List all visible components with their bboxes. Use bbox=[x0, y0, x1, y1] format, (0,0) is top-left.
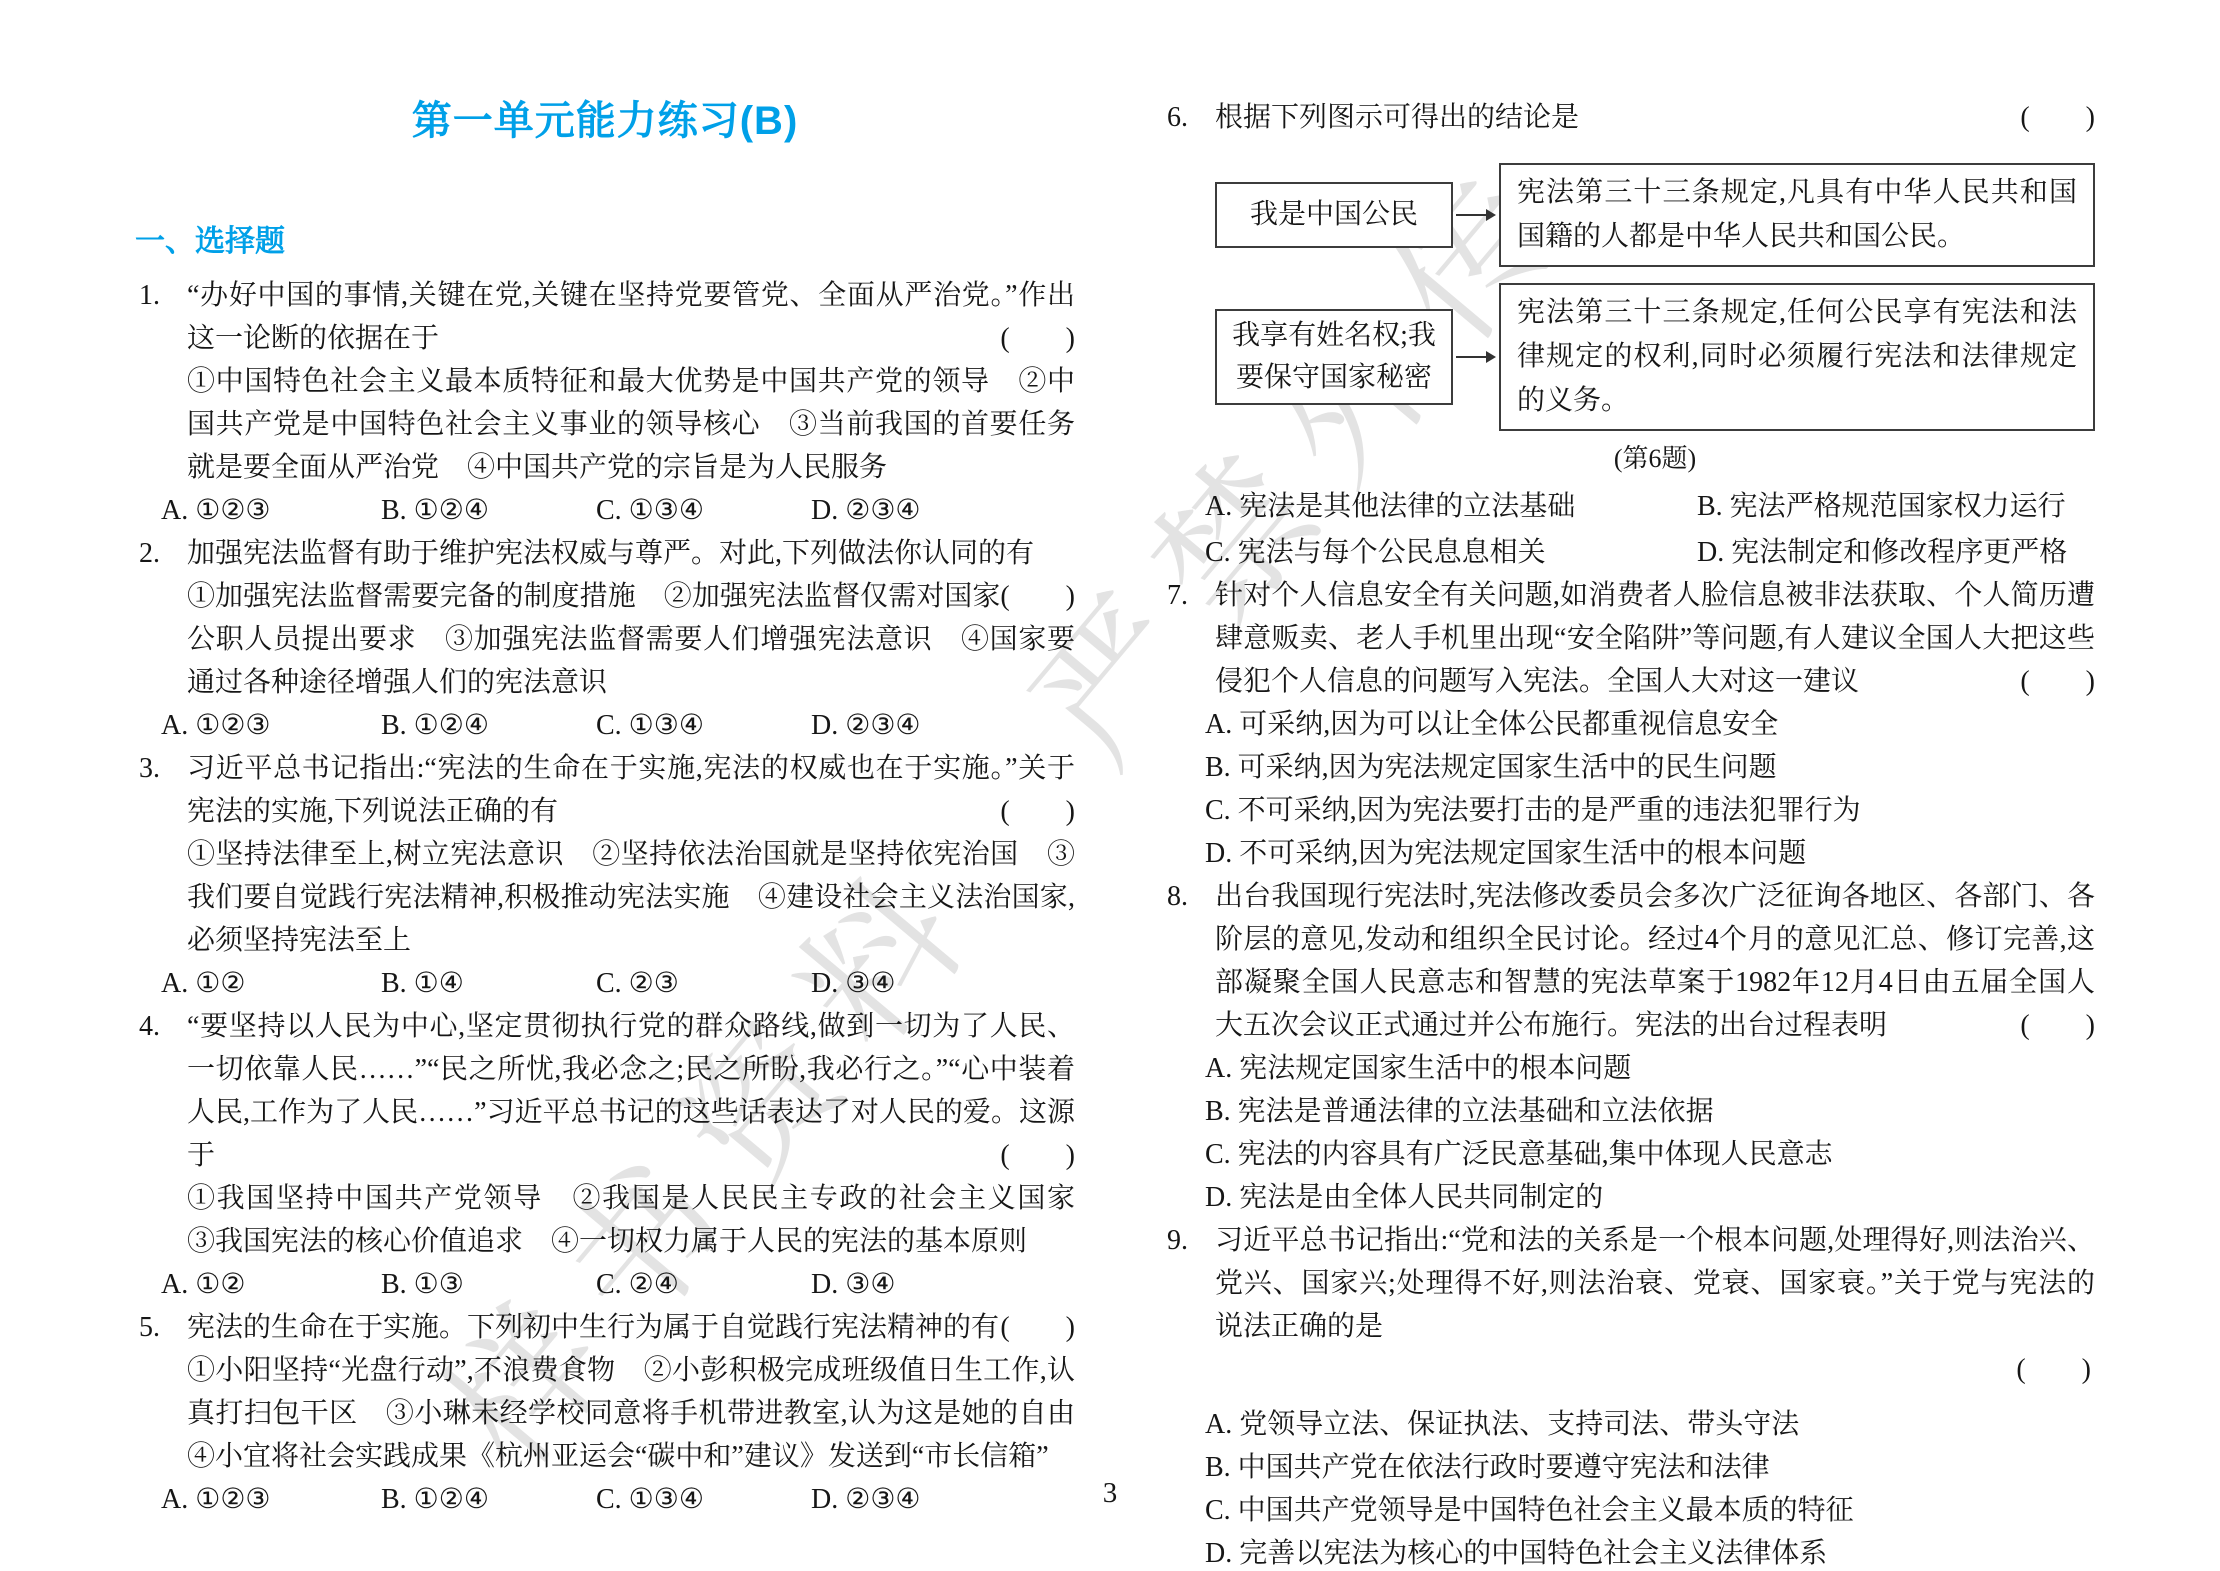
question-number: 3. bbox=[139, 747, 160, 790]
option-a: A. 宪法规定国家生活中的根本问题 bbox=[1205, 1047, 2095, 1090]
stem-text: “要坚持以人民为中心,坚定贯彻执行党的群众路线,做到一切为了人民、一切依靠人民…… bbox=[187, 1011, 1075, 1171]
options-grid: A. 宪法是其他法律的立法基础 B. 宪法严格规范国家权力运行 C. 宪法与每个… bbox=[1205, 485, 2095, 574]
stem-text: 宪法的生命在于实施。下列初中生行为属于自觉践行宪法精神的有 bbox=[187, 1312, 999, 1343]
option-b: B. 可采纳,因为宪法规定国家生活中的民生问题 bbox=[1205, 746, 2095, 789]
question-items: ①我国坚持中国共产党领导 ②我国是人民民主专政的社会主义国家 ③我国宪法的核心价… bbox=[187, 1177, 1075, 1263]
option-d: D. ②③④ bbox=[811, 489, 1075, 532]
question-stem: 宪法的生命在于实施。下列初中生行为属于自觉践行宪法精神的有( ) bbox=[187, 1306, 1075, 1349]
option-d: D. ③④ bbox=[811, 962, 1075, 1005]
option-d: D. ②③④ bbox=[811, 704, 1075, 747]
question-4: 4. “要坚持以人民为中心,坚定贯彻执行党的群众路线,做到一切为了人民、一切依靠… bbox=[135, 1005, 1075, 1306]
right-column: 6. 根据下列图示可得出的结论是( ) 我是中国公民 宪法第三十三条规定,凡具有… bbox=[1163, 0, 2095, 1571]
diagram-box-law-1: 宪法第三十三条规定,凡具有中华人民共和国国籍的人都是中华人民共和国公民。 bbox=[1499, 163, 2095, 267]
question-7: 7. 针对个人信息安全有关问题,如消费者人脸信息被非法获取、个人简历遭肆意贩卖、… bbox=[1163, 574, 2095, 875]
stem-text: 出台我国现行宪法时,宪法修改委员会多次广泛征询各地区、各部门、各阶层的意见,发动… bbox=[1215, 881, 2095, 1041]
answer-blank: ( ) bbox=[1000, 1134, 1075, 1177]
question-9: 9. 习近平总书记指出:“党和法的关系是一个根本问题,处理得好,则法治兴、党兴、… bbox=[1163, 1219, 2095, 1571]
question-number: 5. bbox=[139, 1306, 160, 1349]
option-c: C. 宪法与每个公民息息相关 bbox=[1205, 531, 1697, 574]
option-c: C. 不可采纳,因为宪法要打击的是严重的违法犯罪行为 bbox=[1205, 789, 2095, 832]
arrow-right-icon bbox=[1453, 350, 1499, 364]
option-b: B. ①③ bbox=[381, 1263, 596, 1306]
option-c: C. ①③④ bbox=[596, 704, 811, 747]
answer-blank: ( ) bbox=[2020, 96, 2095, 139]
answer-blank: ( ) bbox=[1000, 1306, 1075, 1349]
diagram-row-2: 我享有姓名权;我要保守国家秘密 宪法第三十三条规定,任何公民享有宪法和法律规定的… bbox=[1215, 283, 2095, 431]
answer-blank: ( ) bbox=[1000, 317, 1075, 360]
options-row: A. ①② B. ①④ C. ②③ D. ③④ bbox=[161, 962, 1075, 1005]
options-row: A. ①② B. ①③ C. ②④ D. ③④ bbox=[161, 1263, 1075, 1306]
arrow-right-icon bbox=[1453, 208, 1499, 222]
options-row: A. ①②③ B. ①②④ C. ①③④ D. ②③④ bbox=[161, 489, 1075, 532]
option-b: B. ①②④ bbox=[381, 489, 596, 532]
options-list: A. 可采纳,因为可以让全体公民都重视信息安全 B. 可采纳,因为宪法规定国家生… bbox=[1215, 703, 2095, 875]
option-a: A. 宪法是其他法律的立法基础 bbox=[1205, 485, 1697, 528]
question-1: 1. “办好中国的事情,关键在党,关键在坚持党要管党、全面从严治党。”作出这一论… bbox=[135, 274, 1075, 532]
option-a: A. ①② bbox=[161, 962, 381, 1005]
page-number: 3 bbox=[0, 1472, 2220, 1515]
answer-blank: ( ) bbox=[1000, 790, 1075, 833]
question-stem: 加强宪法监督有助于维护宪法权威与尊严。对此,下列做法你认同的有( ) bbox=[187, 532, 1075, 575]
question-stem: 出台我国现行宪法时,宪法修改委员会多次广泛征询各地区、各部门、各阶层的意见,发动… bbox=[1215, 875, 2095, 1047]
option-d: D. 不可采纳,因为宪法规定国家生活中的根本问题 bbox=[1205, 832, 2095, 875]
question-number: 4. bbox=[139, 1005, 160, 1048]
options-row: A. ①②③ B. ①②④ C. ①③④ D. ②③④ bbox=[161, 704, 1075, 747]
section-heading: 一、选择题 bbox=[135, 220, 1075, 264]
worksheet-page: 样书资料 严禁外传 第一单元能力练习(B) 一、选择题 1. “办好中国的事情,… bbox=[0, 0, 2220, 1571]
question-8: 8. 出台我国现行宪法时,宪法修改委员会多次广泛征询各地区、各部门、各阶层的意见… bbox=[1163, 875, 2095, 1219]
question-items: ①中国特色社会主义最本质特征和最大优势是中国共产党的领导 ②中国共产党是中国特色… bbox=[187, 360, 1075, 489]
option-a: A. 党领导立法、保证执法、支持司法、带头守法 bbox=[1205, 1403, 2095, 1446]
option-c: C. 宪法的内容具有广泛民意基础,集中体现人民意志 bbox=[1205, 1133, 2095, 1176]
question-items: ①小阳坚持“光盘行动”,不浪费食物 ②小彭积极完成班级值日生工作,认真打扫包干区… bbox=[187, 1349, 1075, 1478]
option-c: C. ①③④ bbox=[596, 489, 811, 532]
option-b: B. 宪法是普通法律的立法基础和立法依据 bbox=[1205, 1090, 2095, 1133]
page-title: 第一单元能力练习(B) bbox=[135, 96, 1075, 146]
option-d: D. 宪法制定和修改程序更严格 bbox=[1697, 531, 2095, 574]
options-list: A. 宪法规定国家生活中的根本问题 B. 宪法是普通法律的立法基础和立法依据 C… bbox=[1215, 1047, 2095, 1219]
question-stem: 针对个人信息安全有关问题,如消费者人脸信息被非法获取、个人简历遭肆意贩卖、老人手… bbox=[1215, 574, 2095, 703]
answer-blank: ( ) bbox=[1000, 575, 1075, 618]
option-c: C. ②④ bbox=[596, 1263, 811, 1306]
diagram-row-1: 我是中国公民 宪法第三十三条规定,凡具有中华人民共和国国籍的人都是中华人民共和国… bbox=[1215, 163, 2095, 267]
option-c: C. ②③ bbox=[596, 962, 811, 1005]
left-column: 第一单元能力练习(B) 一、选择题 1. “办好中国的事情,关键在党,关键在坚持… bbox=[135, 0, 1075, 1521]
option-a: A. 可采纳,因为可以让全体公民都重视信息安全 bbox=[1205, 703, 2095, 746]
question-items: ①坚持法律至上,树立宪法意识 ②坚持依法治国就是坚持依宪治国 ③我们要自觉践行宪… bbox=[187, 833, 1075, 962]
question-3: 3. 习近平总书记指出:“宪法的生命在于实施,宪法的权威也在于实施。”关于宪法的… bbox=[135, 747, 1075, 1005]
answer-blank: ( ) bbox=[2016, 1354, 2091, 1385]
answer-blank: ( ) bbox=[2020, 660, 2095, 703]
option-b: B. ①④ bbox=[381, 962, 596, 1005]
question-stem: 根据下列图示可得出的结论是( ) bbox=[1215, 96, 2095, 139]
question-stem: “要坚持以人民为中心,坚定贯彻执行党的群众路线,做到一切为了人民、一切依靠人民…… bbox=[187, 1005, 1075, 1177]
option-d: D. ③④ bbox=[811, 1263, 1075, 1306]
stem-text: 根据下列图示可得出的结论是 bbox=[1215, 102, 1579, 133]
option-a: A. ①②③ bbox=[161, 489, 381, 532]
question-stem: 习近平总书记指出:“党和法的关系是一个根本问题,处理得好,则法治兴、党兴、国家兴… bbox=[1215, 1219, 2095, 1348]
question-stem: 习近平总书记指出:“宪法的生命在于实施,宪法的权威也在于实施。”关于宪法的实施,… bbox=[187, 747, 1075, 833]
question-stem: “办好中国的事情,关键在党,关键在坚持党要管党、全面从严治党。”作出这一论断的依… bbox=[187, 274, 1075, 360]
q6-flow-diagram: 我是中国公民 宪法第三十三条规定,凡具有中华人民共和国国籍的人都是中华人民共和国… bbox=[1215, 163, 2095, 477]
option-a: A. ①②③ bbox=[161, 704, 381, 747]
answer-blank: ( ) bbox=[2020, 1004, 2095, 1047]
option-d: D. 完善以宪法为核心的中国特色社会主义法律体系 bbox=[1205, 1532, 2095, 1571]
answer-blank-line: ( ) bbox=[1215, 1348, 2095, 1391]
question-2: 2. 加强宪法监督有助于维护宪法权威与尊严。对此,下列做法你认同的有( ) ①加… bbox=[135, 532, 1075, 747]
diagram-box-law-2: 宪法第三十三条规定,任何公民享有宪法和法律规定的权利,同时必须履行宪法和法律规定… bbox=[1499, 283, 2095, 431]
diagram-caption: (第6题) bbox=[1215, 441, 2095, 477]
option-a: A. ①② bbox=[161, 1263, 381, 1306]
stem-text: 针对个人信息安全有关问题,如消费者人脸信息被非法获取、个人简历遭肆意贩卖、老人手… bbox=[1215, 580, 2095, 697]
question-number: 6. bbox=[1167, 96, 1188, 139]
option-b: B. ①②④ bbox=[381, 704, 596, 747]
question-number: 9. bbox=[1167, 1219, 1188, 1262]
question-number: 8. bbox=[1167, 875, 1188, 918]
question-number: 7. bbox=[1167, 574, 1188, 617]
stem-text: “办好中国的事情,关键在党,关键在坚持党要管党、全面从严治党。”作出这一论断的依… bbox=[187, 280, 1075, 354]
question-number: 1. bbox=[139, 274, 160, 317]
option-b: B. 宪法严格规范国家权力运行 bbox=[1697, 485, 2095, 528]
question-number: 2. bbox=[139, 532, 160, 575]
stem-text: 加强宪法监督有助于维护宪法权威与尊严。对此,下列做法你认同的有 bbox=[187, 538, 1034, 569]
stem-text: 习近平总书记指出:“宪法的生命在于实施,宪法的权威也在于实施。”关于宪法的实施,… bbox=[187, 753, 1075, 827]
option-d: D. 宪法是由全体人民共同制定的 bbox=[1205, 1176, 2095, 1219]
diagram-box-claim-1: 我是中国公民 bbox=[1215, 182, 1453, 248]
question-items: ①加强宪法监督需要完备的制度措施 ②加强宪法监督仅需对国家公职人员提出要求 ③加… bbox=[187, 575, 1075, 704]
question-6: 6. 根据下列图示可得出的结论是( ) 我是中国公民 宪法第三十三条规定,凡具有… bbox=[1163, 96, 2095, 574]
diagram-box-claim-2: 我享有姓名权;我要保守国家秘密 bbox=[1215, 309, 1453, 405]
